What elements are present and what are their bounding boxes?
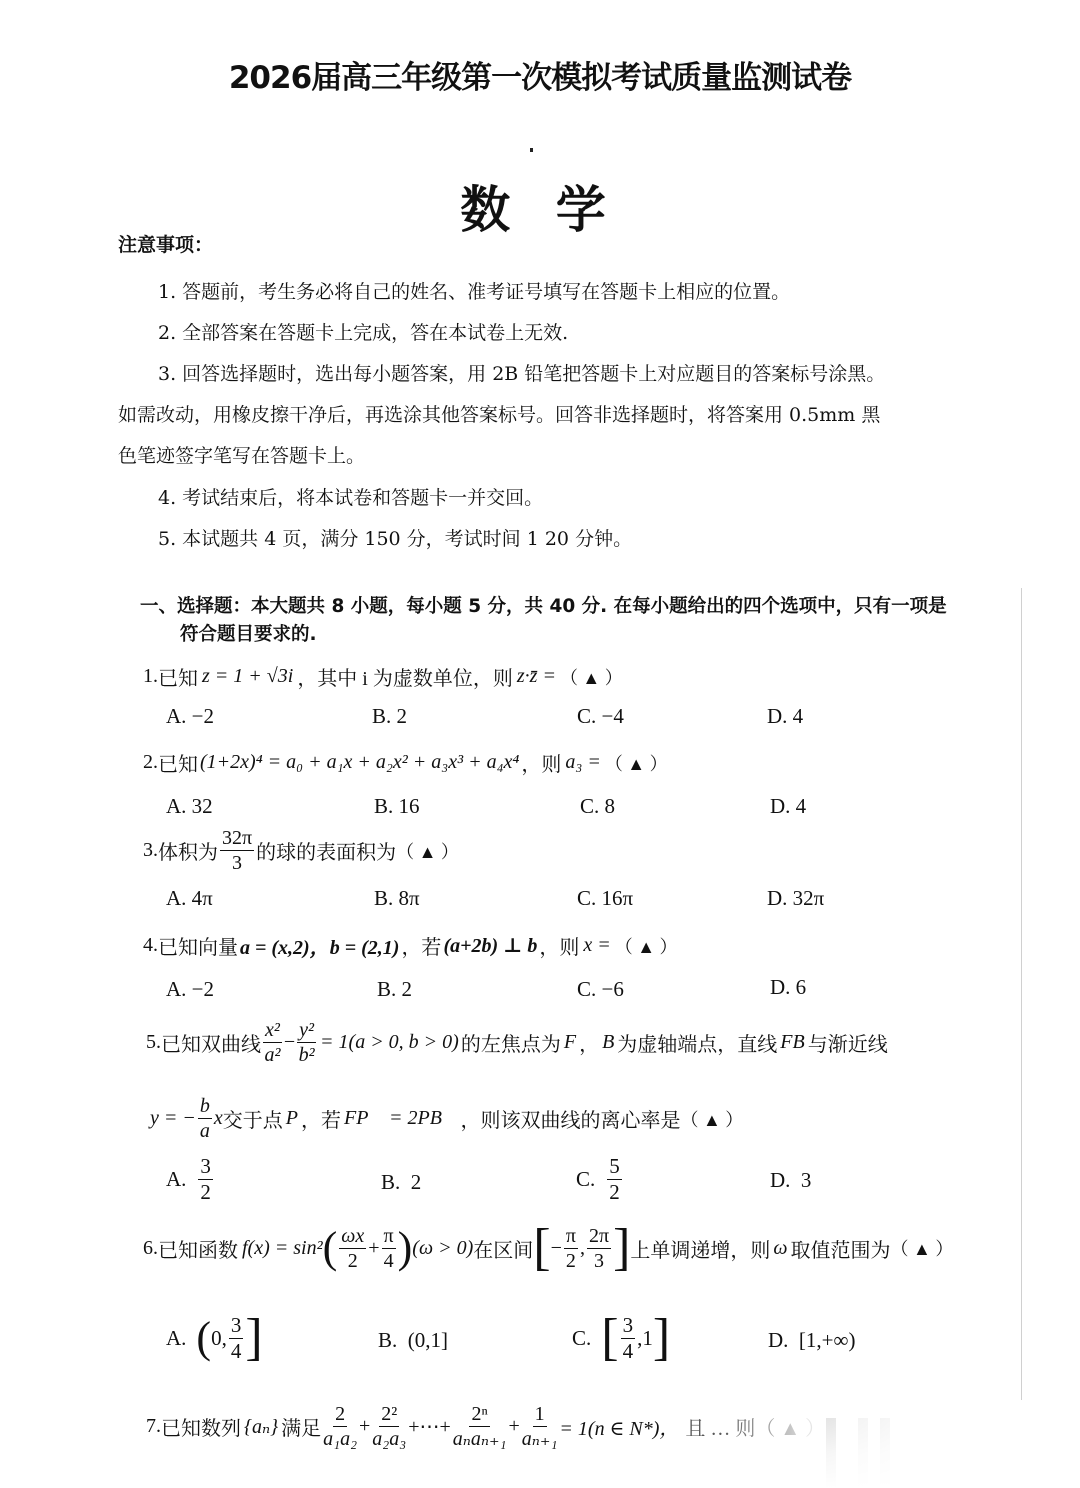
option-b: B. 2: [381, 1170, 421, 1195]
option-c: C. [34,1]: [572, 1312, 670, 1364]
math-expression: (ω > 0): [412, 1237, 473, 1260]
question-text: 交于点: [223, 1104, 283, 1133]
option-d: D. 4: [770, 794, 806, 819]
denominator: a²: [264, 1043, 280, 1065]
answer-placeholder: （ ▲ ）: [615, 933, 678, 959]
question-4: 4. 已知向量 a = (x,2)，b = (2,1) ，若 (a+2b) ⊥ …: [143, 931, 678, 960]
option-d: D. 32π: [767, 886, 824, 911]
stray-mark: [530, 148, 533, 152]
option-label: D.: [770, 1168, 790, 1193]
math-expression: a = (x,2)，b = (2,1): [240, 937, 399, 959]
left-paren: (: [323, 1226, 338, 1270]
option-label: C.: [576, 1167, 595, 1192]
exam-title: 2026届高三年级第一次模拟考试质量监测试卷: [0, 52, 1080, 97]
ellipsis: +⋯+: [408, 1414, 451, 1439]
option-a: A. 32: [166, 794, 213, 819]
answer-placeholder: （ ▲ ）: [891, 1235, 954, 1261]
question-text: ，其中 i 为虚数单位，则: [297, 662, 513, 691]
question-number: 2.: [143, 751, 158, 774]
math-expression: (a+2b) ⊥ b: [443, 935, 537, 957]
option-value: 2: [411, 1170, 422, 1195]
numerator: 2ⁿ: [469, 1404, 489, 1427]
question-number: 6.: [143, 1237, 158, 1260]
fraction: x²a²: [263, 1020, 282, 1065]
question-2: 2. 已知 (1+2x)⁴ = a₀ + a₁x + a₂x² + a₃x³ +…: [143, 748, 668, 777]
notice-item-3: 3. 回答选择题时，选出每小题答案，用 2B 铅笔把答题卡上对应题目的答案标号涂…: [158, 359, 885, 386]
operator: +: [368, 1237, 379, 1260]
option-value: 3: [801, 1168, 812, 1193]
option-c: C. 8: [580, 794, 615, 819]
numerator: x²: [263, 1020, 282, 1043]
numerator: 5: [607, 1156, 622, 1180]
operator: −: [284, 1031, 295, 1054]
denominator: a: [200, 1119, 210, 1141]
numerator: 2: [333, 1404, 347, 1427]
left-bracket: [: [533, 1222, 550, 1274]
option-a: A. (0,34]: [166, 1312, 263, 1364]
option-label: A.: [166, 1167, 186, 1192]
option-value: (0,1]: [408, 1328, 448, 1353]
question-text: ，: [579, 1028, 599, 1057]
numerator: 3: [198, 1156, 213, 1180]
option-a: A. 4π: [166, 886, 213, 911]
question-text: 满足: [281, 1412, 321, 1441]
right-bracket: ]: [245, 1312, 262, 1364]
notice-item-2: 2. 全部答案在答题卡上完成，答在本试卷上无效.: [158, 318, 568, 345]
math-expression: a₃ =: [565, 751, 600, 774]
fraction: π4: [382, 1226, 396, 1271]
question-text: 已知: [158, 748, 198, 777]
question-text: 在区间: [473, 1234, 533, 1263]
question-text: 为虚轴端点，直线: [617, 1028, 777, 1057]
math-variable: FB: [780, 1031, 804, 1054]
left-paren: (: [196, 1316, 211, 1360]
math-variable: x: [214, 1107, 223, 1130]
notice-item-3-cont-1: 如需改动，用橡皮擦干净后，再选涂其他答案标号。回答非选择题时，将答案用 0.5m…: [118, 400, 880, 427]
denominator: aₙ₊₁: [522, 1427, 558, 1449]
question-6: 6. 已知函数 f(x) = sin² ( ωx2 + π4 ) (ω > 0)…: [143, 1222, 953, 1274]
question-text: 已知数列: [161, 1412, 241, 1441]
math-variable: B: [602, 1031, 614, 1054]
question-number: 3.: [143, 839, 158, 862]
option-a: A. 32: [166, 1156, 215, 1203]
denominator: aₙaₙ₊₁: [453, 1427, 507, 1449]
notice-heading: 注意事项：: [118, 230, 213, 257]
denominator: a₂a₃: [372, 1427, 406, 1449]
option-b: B. 8π: [374, 886, 420, 911]
option-label: A.: [166, 1326, 186, 1351]
numerator: 3: [229, 1315, 244, 1339]
math-expression: = 1(n ∈ N*)，: [559, 1412, 679, 1441]
fraction: π2: [564, 1226, 578, 1271]
notice-item-5: 5. 本试题共 4 页，满分 150 分，考试时间 1 20 分钟。: [158, 524, 632, 551]
question-number: 4.: [143, 934, 158, 957]
option-b: B. (0,1]: [378, 1328, 448, 1353]
math-expression: = 1(a > 0, b > 0): [320, 1031, 459, 1054]
fraction: 2²a₂a₃: [372, 1404, 406, 1449]
denominator: 3: [594, 1249, 604, 1271]
denominator: 2: [200, 1180, 211, 1203]
question-number: 5.: [146, 1031, 161, 1054]
question-text: 已知向量: [158, 931, 238, 960]
question-text: 上单调递增，则: [630, 1234, 770, 1263]
option-b: B. 2: [372, 704, 407, 729]
option-d: D. [1,+∞): [768, 1328, 855, 1353]
option-b: B. 2: [377, 977, 412, 1002]
math-expression: y = −: [150, 1107, 196, 1130]
image-fade-overlay: [720, 1400, 1080, 1488]
denominator: 2: [348, 1249, 358, 1271]
question-text: ，若: [401, 931, 441, 960]
numerator: ωx: [339, 1226, 366, 1249]
denominator: b²: [299, 1043, 315, 1065]
option-b: B. 16: [374, 794, 420, 819]
question-1: 1. 已知 z = 1 + √3i ，其中 i 为虚数单位，则 z·z̄ = （…: [143, 662, 623, 691]
numerator: 2π: [587, 1226, 611, 1249]
question-text: 的球的表面积为: [256, 836, 396, 865]
option-d: D. 3: [770, 1168, 811, 1193]
question-text: ，则该双曲线的离心率是: [460, 1104, 680, 1133]
denominator: a₁a₂: [323, 1427, 357, 1449]
option-a: A. −2: [166, 704, 214, 729]
option-c: C. −6: [577, 977, 624, 1002]
option-label: C.: [572, 1326, 591, 1351]
math-expression: {aₙ}: [244, 1414, 278, 1439]
math-expression: (1+2x)⁴ = a₀ + a₁x + a₂x² + a₃x³ + a₄x⁴: [200, 751, 519, 774]
question-text: ，则: [539, 931, 579, 960]
fraction: 34: [621, 1315, 636, 1362]
fraction: y²b²: [297, 1020, 316, 1065]
math-expression: f(x) = sin²: [242, 1237, 323, 1260]
fraction: 34: [229, 1315, 244, 1362]
question-text: 的左焦点为: [461, 1028, 561, 1057]
option-label: B.: [381, 1170, 400, 1195]
question-text: 体积为: [158, 836, 218, 865]
section-heading-cont: 符合题目要求的.: [180, 620, 317, 646]
math-variable: P: [286, 1107, 298, 1130]
notice-item-4: 4. 考试结束后，将本试卷和答题卡一并交回。: [158, 483, 543, 510]
option-c: C. −4: [577, 704, 624, 729]
question-text: 已知双曲线: [161, 1028, 261, 1057]
option-label: D.: [768, 1328, 788, 1353]
option-label: B.: [378, 1328, 397, 1353]
numerator: 32π: [220, 828, 254, 851]
notice-item-3-cont-2: 色笔迹签字笔写在答题卡上。: [118, 441, 365, 468]
math-expression: z = 1 + √3i: [202, 665, 293, 688]
section-heading: 一、选择题：本大题共 8 小题，每小题 5 分，共 40 分. 在每小题给出的四…: [140, 592, 947, 618]
fraction: 32: [198, 1156, 213, 1203]
numerator: b: [198, 1096, 212, 1119]
numerator: π: [382, 1226, 396, 1249]
question-number: 1.: [143, 665, 158, 688]
denominator: 4: [231, 1339, 242, 1362]
answer-placeholder: （ ▲ ）: [605, 750, 668, 776]
question-3: 3. 体积为 32π 3 的球的表面积为 （ ▲ ）: [143, 828, 459, 873]
numerator: 1: [533, 1404, 547, 1427]
right-bracket: ]: [613, 1222, 630, 1274]
math-expression: FP⃗ = 2PB⃗: [344, 1107, 457, 1130]
denominator: 4: [384, 1249, 394, 1271]
question-text: ，则: [521, 748, 561, 777]
fraction: ωx2: [339, 1226, 366, 1271]
answer-placeholder: （ ▲ ）: [680, 1106, 743, 1132]
fraction: 52: [607, 1156, 622, 1203]
question-text: 取值范围为: [791, 1234, 891, 1263]
question-number: 7.: [146, 1415, 161, 1438]
numerator: π: [564, 1226, 578, 1249]
fraction: 2a₁a₂: [323, 1404, 357, 1449]
minus-sign: −: [551, 1237, 562, 1260]
math-variable: ω: [773, 1237, 787, 1260]
question-text: ，若: [301, 1104, 341, 1133]
denominator: 2: [609, 1180, 620, 1203]
option-value: [1,+∞): [799, 1328, 856, 1353]
fraction: 2π3: [587, 1226, 611, 1271]
option-a: A. −2: [166, 977, 214, 1002]
fraction: 2ⁿaₙaₙ₊₁: [453, 1404, 507, 1449]
numerator: 2²: [379, 1404, 399, 1427]
notice-item-1: 1. 答题前，考生务必将自己的姓名、准考证号填写在答题卡上相应的位置。: [158, 277, 790, 304]
numerator: 3: [621, 1315, 636, 1339]
fraction: 32π 3: [220, 828, 254, 873]
option-d: D. 6: [770, 975, 806, 1000]
question-5-cont: y = − ba x 交于点 P ，若 FP⃗ = 2PB⃗ ，则该双曲线的离心…: [150, 1096, 743, 1141]
question-5: 5. 已知双曲线 x²a² − y²b² = 1(a > 0, b > 0) 的…: [146, 1020, 888, 1065]
right-paren: ): [398, 1226, 413, 1270]
answer-placeholder: （ ▲ ）: [560, 664, 623, 690]
denominator: 3: [232, 851, 242, 873]
answer-placeholder: （ ▲ ）: [396, 838, 459, 864]
page-edge-line: [1021, 588, 1022, 1428]
option-c: C. 16π: [577, 886, 633, 911]
math-expression: z·z̄ =: [517, 665, 556, 688]
fraction: ba: [198, 1096, 212, 1141]
math-variable: F: [564, 1031, 576, 1054]
question-text: 已知函数: [158, 1234, 238, 1263]
numerator: y²: [297, 1020, 316, 1043]
left-bracket: [: [601, 1312, 618, 1364]
option-c: C. 52: [576, 1156, 624, 1203]
fraction: 1aₙ₊₁: [522, 1404, 558, 1449]
denominator: 4: [623, 1339, 634, 1362]
question-text: 与渐近线: [808, 1028, 888, 1057]
denominator: 2: [566, 1249, 576, 1271]
math-expression: x =: [583, 934, 610, 957]
option-d: D. 4: [767, 704, 803, 729]
right-bracket: ]: [653, 1312, 670, 1364]
question-text: 已知: [158, 662, 198, 691]
